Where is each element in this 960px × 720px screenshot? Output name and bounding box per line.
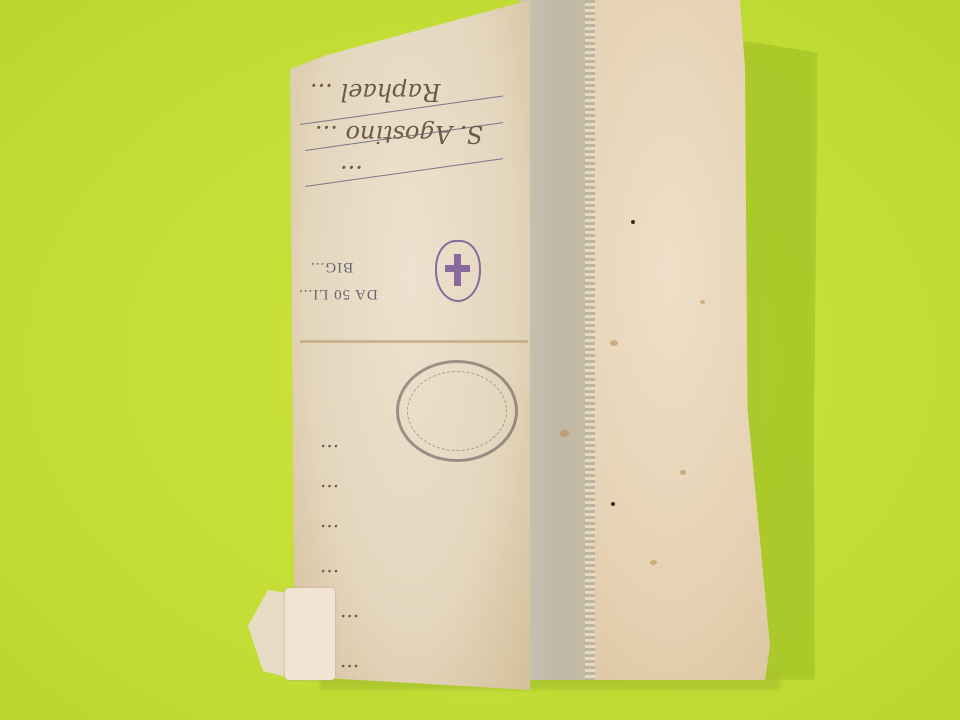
paper-label-tab: [285, 588, 335, 680]
handwriting-body-line: ...: [340, 610, 359, 634]
handwriting-address-line: S. Agostino ...: [315, 120, 483, 148]
foxing-spot: [680, 470, 686, 475]
perforated-edge: [585, 0, 595, 680]
handwriting-body-line: ...: [340, 660, 359, 684]
handwriting-body-line: ...: [320, 440, 339, 464]
postmark-stamp: [396, 360, 518, 462]
handwriting-address-line: Raphael ...: [310, 78, 440, 106]
photo-scene: Raphael ... S. Agostino ... ... BIG... D…: [0, 0, 960, 720]
handwriting-body-line: ...: [320, 480, 339, 504]
handwriting-body-line: ...: [320, 565, 339, 589]
handwriting-body-line: ...: [320, 520, 339, 544]
shield-cross-icon: [435, 240, 481, 302]
paper-hole: [611, 502, 615, 506]
foxing-spot: [650, 560, 657, 565]
handwriting-address-line: ...: [340, 160, 363, 188]
foxing-spot: [560, 430, 569, 437]
folded-paper-strip: [520, 0, 590, 680]
paper-hole: [631, 220, 635, 224]
foxing-spot: [700, 300, 705, 304]
printed-text: DA 50 LI...: [298, 285, 378, 302]
printed-text: BIG...: [310, 258, 353, 275]
fold-crease: [300, 340, 528, 343]
foxing-spot: [610, 340, 618, 346]
